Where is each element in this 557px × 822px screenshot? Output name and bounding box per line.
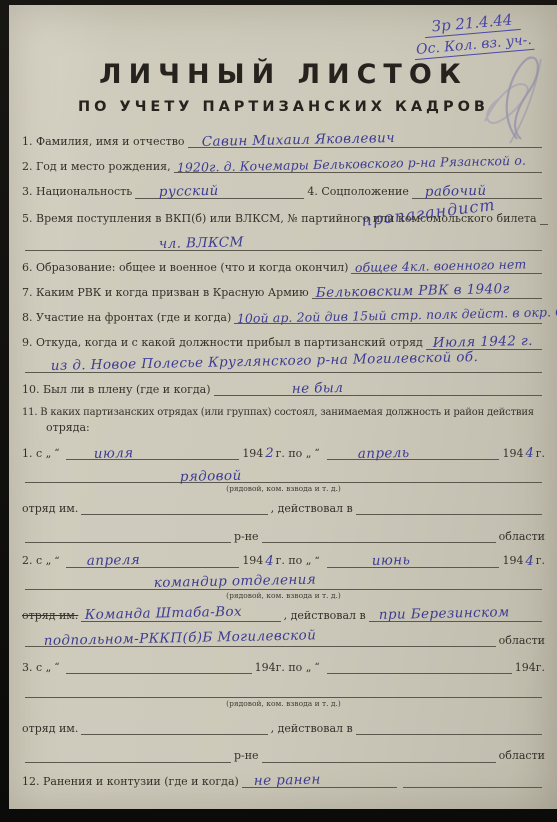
field-rvk-line: Бельковским РВК в 1940г (312, 286, 542, 299)
g-label: г. (536, 447, 545, 460)
field-arrival-row: 9. Откуда, когда и с какой должности при… (22, 336, 545, 349)
period-2-acted-line: при Березинском (369, 609, 542, 622)
field-rvk-value: Бельковским РВК в 1940г (316, 283, 510, 301)
field-captivity-value: не был (292, 382, 344, 397)
field-wounds-line2 (403, 775, 542, 788)
period-1-month-from: июля (94, 447, 134, 461)
field-detachments-header: 11. В каких партизанских отрядах (или гр… (22, 407, 545, 419)
acted-label: , действовал в (284, 609, 366, 622)
period-1-year-to-digit: 4 (523, 447, 535, 460)
year-prefix: 194 (242, 447, 263, 460)
form-content: ЛИЧНЫЙ ЛИСТОК ПО УЧЕТУ ПАРТИЗАНСКИХ КАДР… (9, 5, 557, 809)
field-captivity-row: 10. Был ли в плену (где и когда) не был (22, 383, 545, 396)
g-label: г. (536, 661, 545, 674)
service-period-1-detachment-row: отряд им. , действовал в (22, 502, 545, 515)
period-2-district-line: подпольном-РККП(б)Б Могилевской (25, 634, 496, 647)
district-label: р-не (234, 749, 259, 762)
field-fronts-line: 10ой ар. 2ой див 15ый стр. полк дейст. в… (234, 311, 542, 324)
field-party-line2: чл. ВЛКСМ (25, 238, 542, 251)
field-name-line: Савин Михаил Яковлевич (188, 135, 542, 148)
field-social-label: 4. Соцположение (307, 185, 408, 198)
field-wounds-line: не ранен (242, 775, 397, 788)
service-period-3-dates: 3. с „ “ 194 г. по „ “ 194 г. (22, 661, 545, 674)
period-3-month-from-line (66, 661, 251, 674)
field-fronts-value: 10ой ар. 2ой див 15ый стр. полк дейст. в… (237, 305, 557, 325)
field-social-value: рабочий (425, 185, 487, 200)
period-3-acted-line (356, 722, 542, 735)
g-label: г. (536, 554, 545, 567)
field-wounds-label: 12. Ранения и контузии (где и когда) (22, 775, 239, 788)
period-2-acted-in: при Березинском (379, 607, 510, 623)
service-period-2-district-row: подпольном-РККП(б)Б Могилевской области (22, 634, 545, 647)
field-education-line: общее 4кл. военного нет (351, 261, 542, 274)
period-2-num: 2. с „ (22, 554, 51, 567)
field-party-row2: чл. ВЛКСМ (22, 238, 545, 251)
ditto-mark: “ (315, 662, 320, 674)
field-nationality-value: русский (159, 185, 219, 200)
year-prefix: 194 (255, 661, 276, 674)
g-po-label: г. по „ (276, 661, 312, 674)
field-social-line: рабочий (412, 186, 542, 199)
field-birth-line: 1920г. д. Кочемары Бельковского р-на Ряз… (174, 160, 542, 173)
period-2-rank-line: командир отделения (25, 577, 542, 590)
period-2-month-to-line: июнь (327, 555, 500, 568)
field-party-line (540, 212, 548, 225)
field-wounds-row: 12. Ранения и контузии (где и когда) не … (22, 775, 545, 788)
service-period-3-district-row: р-не области (22, 749, 545, 762)
field-party-row: 5. Время поступления в ВКП(б) или ВЛКСМ,… (22, 212, 545, 225)
service-period-1-rank-row: рядовой (22, 470, 545, 483)
field-name-value: Савин Михаил Яковлевич (201, 132, 394, 150)
field-fronts-label: 8. Участие на фронтах (где и когда) (22, 311, 231, 324)
period-1-rank-line: рядовой (25, 470, 542, 483)
year-prefix: 194 (502, 447, 523, 460)
ditto-mark: “ (54, 556, 59, 568)
paper-sheet: Зр 21.4.44 Ос. Кол. вз. уч-. пропагандис… (9, 5, 557, 809)
field-nationality-social-row: 3. Национальность русский 4. Соцположени… (22, 185, 545, 198)
field-detachments-label2: отряда: (46, 421, 90, 434)
period-3-rank-line (25, 685, 542, 698)
period-3-detachment-line (81, 722, 267, 735)
service-period-1-district-row: р-не области (22, 530, 545, 543)
service-period-3-rank-row (22, 685, 545, 698)
period-1-num: 1. с „ (22, 447, 51, 460)
oblast-label: области (499, 749, 545, 762)
field-party-label: 5. Время поступления в ВКП(б) или ВЛКСМ,… (22, 212, 537, 225)
period-1-month-to: апрель (357, 446, 409, 461)
service-period-2-rank-row: командир отделения (22, 577, 545, 590)
field-arrival-line2: из д. Новое Полесье Круглянского р-на Мо… (25, 360, 542, 373)
field-arrival-row2: из д. Новое Полесье Круглянского р-на Мо… (22, 360, 545, 373)
field-education-row: 6. Образование: общее и военное (что и к… (22, 261, 545, 274)
rank-caption: (рядовой, ком. взвода и т. д.) (22, 591, 545, 600)
field-birth-row: 2. Год и место рождения, 1920г. д. Кочем… (22, 160, 545, 173)
period-3-oblast-line (262, 750, 496, 763)
detachment-label: отряд им. (22, 722, 78, 735)
field-rvk-row: 7. Каким РВК и когда призван в Красную А… (22, 286, 545, 299)
period-3-month-to-line (327, 661, 512, 674)
field-arrival-value: Июля 1942 г. (432, 335, 532, 351)
year-prefix: 194 (242, 554, 263, 567)
rank-caption: (рядовой, ком. взвода и т. д.) (22, 484, 545, 493)
ditto-mark: “ (54, 448, 59, 460)
ditto-mark: “ (315, 556, 320, 568)
period-2-district: подпольном-РККП(б)Б Могилевской (44, 629, 317, 648)
field-nationality-line: русский (135, 186, 304, 199)
period-2-month-from: апреля (87, 554, 141, 569)
period-1-detachment-line (81, 502, 267, 515)
ditto-mark: “ (315, 448, 320, 460)
field-birth-value: 1920г. д. Кочемары Бельковского р-на Ряз… (177, 155, 526, 175)
page-title: ЛИЧНЫЙ ЛИСТОК (22, 59, 545, 90)
period-2-year-from-digit: 4 (263, 555, 275, 568)
ditto-mark: “ (54, 662, 59, 674)
year-prefix: 194 (502, 554, 523, 567)
field-captivity-line: не был (214, 383, 543, 396)
period-1-acted-line (356, 502, 542, 515)
service-period-2-dates: 2. с „ “ апреля 1944 г. по „ “ июнь 1944… (22, 554, 545, 567)
g-po-label: г. по „ (276, 447, 312, 460)
period-1-month-to-line: апрель (327, 447, 500, 460)
period-2-month-from-line: апреля (66, 555, 239, 568)
detachment-label: отряд им. (22, 502, 78, 515)
period-3-num: 3. с „ (22, 661, 51, 674)
field-birth-label: 2. Год и место рождения, (22, 160, 171, 173)
period-1-rank: рядовой (180, 469, 242, 484)
period-2-year-to-digit: 4 (523, 555, 535, 568)
period-1-month-from-line: июля (66, 447, 239, 460)
field-detachments-header2: отряда: (22, 421, 545, 434)
period-2-detachment: Команда Штаба-Вох (85, 606, 242, 623)
field-education-value: общее 4кл. военного нет (355, 259, 527, 275)
detachment-label: отряд им. (22, 609, 78, 622)
oblast-label: области (499, 530, 545, 543)
acted-label: , действовал в (271, 502, 353, 515)
field-arrival-label: 9. Откуда, когда и с какой должности при… (22, 336, 423, 349)
year-prefix: 194 (515, 661, 536, 674)
period-1-district-line (25, 530, 231, 543)
g-po-label: г. по „ (276, 554, 312, 567)
field-captivity-label: 10. Был ли в плену (где и когда) (22, 383, 211, 396)
field-name-row: 1. Фамилия, имя и отчество Савин Михаил … (22, 135, 545, 148)
district-label: р-не (234, 530, 259, 543)
period-2-month-to: июнь (371, 554, 410, 568)
page-subtitle: ПО УЧЕТУ ПАРТИЗАНСКИХ КАДРОВ (22, 99, 545, 115)
period-1-oblast-line (262, 530, 496, 543)
field-arrival-value2: из д. Новое Полесье Круглянского р-на Мо… (51, 351, 479, 373)
field-party-value: чл. ВЛКСМ (159, 236, 244, 251)
period-3-district-line (25, 750, 231, 763)
service-period-2-detachment-row: отряд им. Команда Штаба-Вох , действовал… (22, 609, 545, 622)
field-name-label: 1. Фамилия, имя и отчество (22, 135, 185, 148)
oblast-label: области (499, 634, 545, 647)
field-wounds-value: не ранен (254, 774, 321, 789)
field-nationality-label: 3. Национальность (22, 185, 132, 198)
document-scan: Зр 21.4.44 Ос. Кол. вз. уч-. пропагандис… (0, 0, 557, 822)
field-rvk-label: 7. Каким РВК и когда призван в Красную А… (22, 286, 309, 299)
rank-caption: (рядовой, ком. взвода и т. д.) (22, 699, 545, 708)
field-education-label: 6. Образование: общее и военное (что и к… (22, 261, 348, 274)
field-detachments-label: 11. В каких партизанских отрядах (или гр… (22, 407, 534, 419)
service-period-3-detachment-row: отряд им. , действовал в (22, 722, 545, 735)
period-2-rank: командир отделения (154, 574, 317, 591)
acted-label: , действовал в (271, 722, 353, 735)
field-arrival-line: Июля 1942 г. (426, 337, 542, 350)
period-2-detachment-line: Команда Штаба-Вох (81, 609, 280, 622)
period-1-year-from-digit: 2 (263, 447, 275, 460)
field-fronts-row: 8. Участие на фронтах (где и когда) 10ой… (22, 311, 545, 324)
service-period-1-dates: 1. с „ “ июля 1942 г. по „ “ апрель 1944… (22, 447, 545, 460)
